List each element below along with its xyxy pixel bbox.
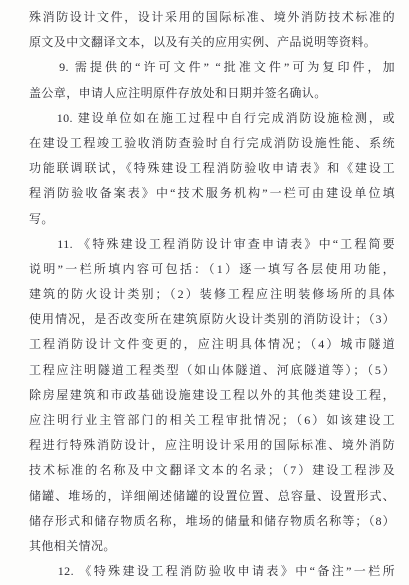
- text-line: 9. 需提供的“许可文件” “批准文件”可为复印件，加: [29, 55, 395, 80]
- text-line: 应注明行业主管部门的相关工程审批情况；（6）如该建设工: [29, 408, 395, 433]
- document-page: 殊消防设计文件，设计采用的国际标准、境外消防技术标准的原文及中文翻译文本，以及有…: [0, 0, 409, 585]
- text-line: 工程应注明隧道工程类型（如山体隧道、河底隧道等）；（5）: [29, 358, 395, 383]
- text-line: 技术标准的名称及中文翻译文本的名录；（7）建设工程涉及: [29, 458, 395, 483]
- paragraph-item-9: 9. 需提供的“许可文件” “批准文件”可为复印件，加盖公章，申请人应注明原件存…: [29, 55, 395, 105]
- text-line: 除房屋建筑和市政基础设施建设工程以外的其他类建设工程，: [29, 383, 395, 408]
- text-line: 功能联调联试，《特殊建设工程消防验收申请表》和《建设工: [29, 156, 395, 181]
- paragraph-item-10: 10. 建设单位如在施工过程中自行完成消防设施检测，或在建设工程竣工验收消防查验…: [29, 106, 395, 232]
- text-line: 储罐、堆场的，详细阐述储罐的设置位置、总容量、设置形式、: [29, 484, 395, 509]
- text-line: 12. 《特殊建设工程消防验收申请表》中“备注”一栏所: [29, 559, 395, 584]
- text-line: 盖公章，申请人应注明原件存放处和日期并签名确认。: [29, 81, 395, 106]
- text-line: 10. 建设单位如在施工过程中自行完成消防设施检测，或: [29, 106, 395, 131]
- text-line: 殊消防设计文件，设计采用的国际标准、境外消防技术标准的: [29, 5, 395, 30]
- text-line: 工程消防设计文件变更的，应注明具体情况；（4）城市隧道: [29, 332, 395, 357]
- text-line: 储存形式和储存物质名称，堆场的储量和储存物质名称等；（8）: [29, 509, 395, 534]
- text-line: 程进行特殊消防设计，应注明设计采用的国际标准、境外消防: [29, 433, 395, 458]
- text-line: 说明”一栏所填内容可包括：（1）逐一填写各层使用功能，: [29, 257, 395, 282]
- text-line: 原文及中文翻译文本，以及有关的应用实例、产品说明等资料。: [29, 30, 395, 55]
- document-text: 殊消防设计文件，设计采用的国际标准、境外消防技术标准的原文及中文翻译文本，以及有…: [29, 5, 395, 584]
- text-line: 建筑的防火设计类别；（2）装修工程应注明装修场所的具体: [29, 282, 395, 307]
- text-line: 11. 《特殊建设工程消防设计审查申请表》中“工程简要: [29, 232, 395, 257]
- paragraph-item-12: 12. 《特殊建设工程消防验收申请表》中“备注”一栏所: [29, 559, 395, 584]
- text-line: 在建设工程竣工验收消防查验时自行完成消防设施性能、系统: [29, 131, 395, 156]
- text-line: 使用情况，是否改变所在建筑原防火设计类别的消防设计；（3）: [29, 307, 395, 332]
- text-line: 其他相关情况。: [29, 534, 395, 559]
- text-line: 程消防验收备案表》中“技术服务机构”一栏可由建设单位填: [29, 181, 395, 206]
- paragraph-item-11: 11. 《特殊建设工程消防设计审查申请表》中“工程简要说明”一栏所填内容可包括：…: [29, 232, 395, 559]
- paragraph-item-8-continuation: 殊消防设计文件，设计采用的国际标准、境外消防技术标准的原文及中文翻译文本，以及有…: [29, 5, 395, 55]
- text-line: 写。: [29, 207, 395, 232]
